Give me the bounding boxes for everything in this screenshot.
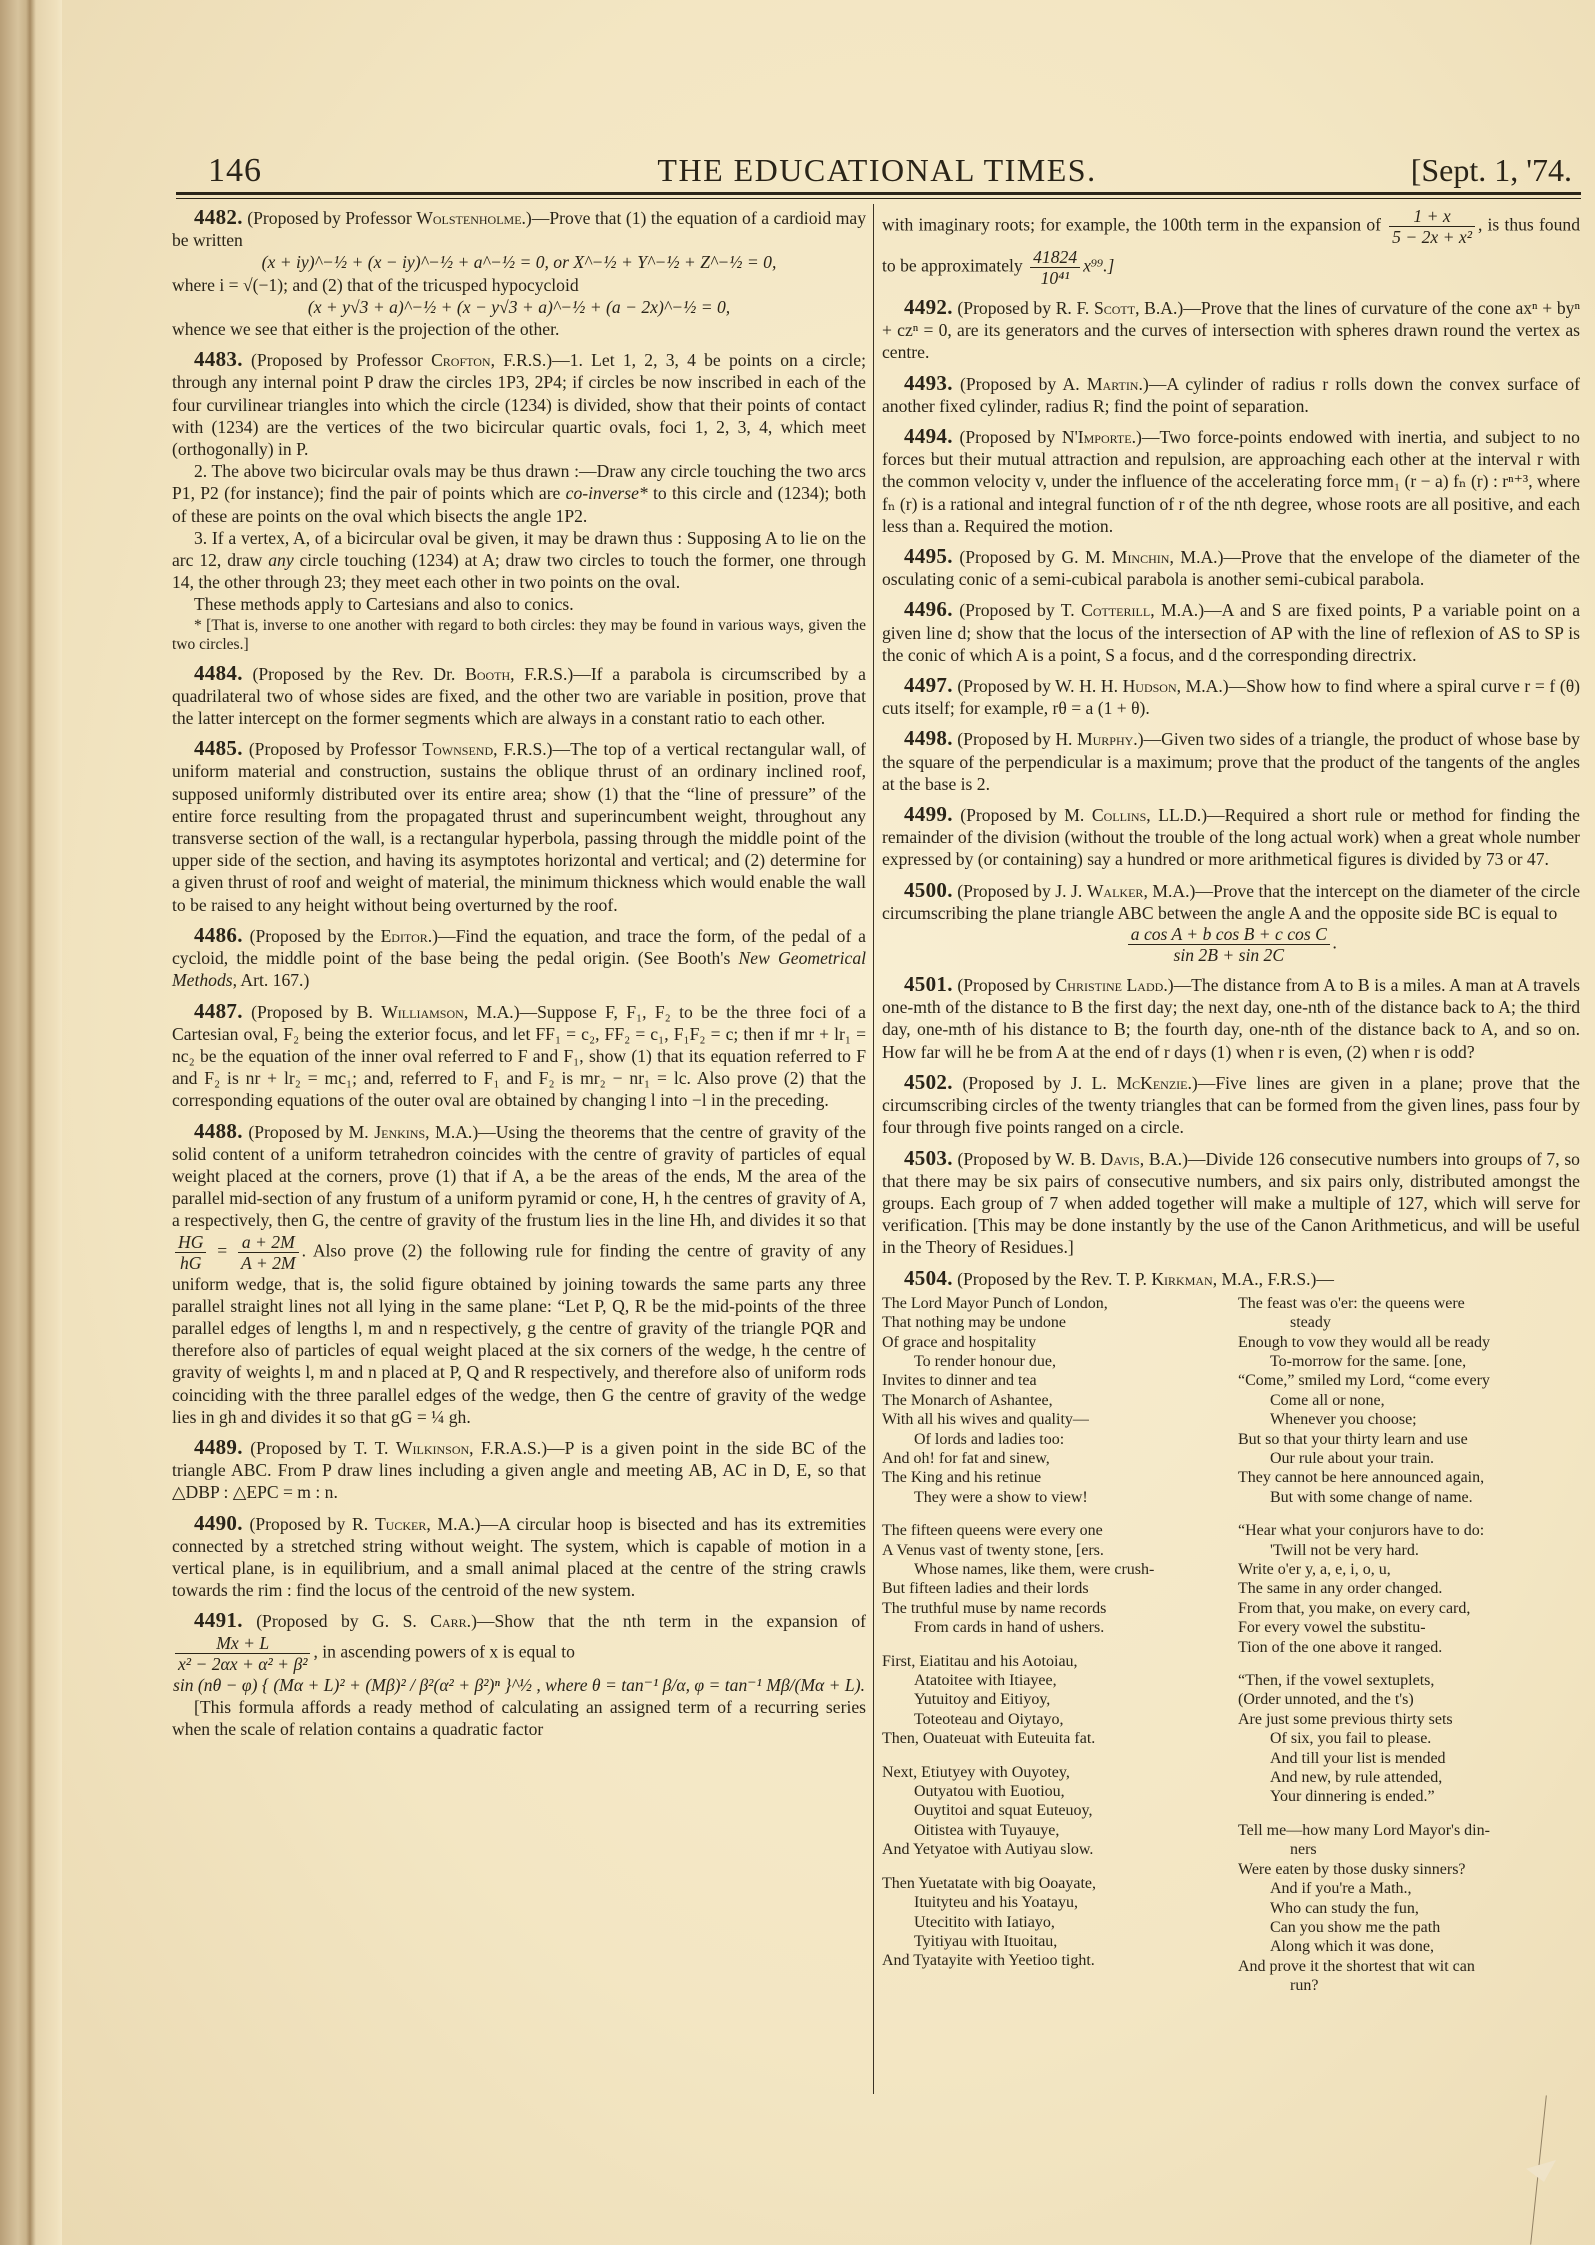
problem-number: 4483.: [194, 347, 243, 371]
poem-line: Invites to dinner and tea: [882, 1371, 1224, 1390]
poem-line: For every vowel the substitu-: [1238, 1618, 1580, 1637]
problem-4497: 4497. (Proposed by W. H. H. Hudson, M.A.…: [882, 674, 1580, 719]
poem-line: But with some change of name.: [1238, 1488, 1580, 1507]
problem-4492: 4492. (Proposed by R. F. Scott, B.A.)—Pr…: [882, 296, 1580, 364]
poem-column-left: The Lord Mayor Punch of London,That noth…: [882, 1294, 1224, 2010]
author-name: Cotterill: [1081, 600, 1150, 620]
poem-line: Your dinnering is ended.”: [1238, 1787, 1580, 1806]
problem-number: 4504.: [904, 1266, 953, 1290]
problem-number: 4492.: [904, 295, 953, 319]
poem-line: The truthful muse by name records: [882, 1599, 1224, 1618]
problem-number: 4488.: [194, 1119, 243, 1143]
problem-number: 4499.: [904, 802, 953, 826]
problem-4491: 4491. (Proposed by G. S. Carr.)—Show tha…: [172, 1609, 866, 1740]
poem-line: “Come,” smiled my Lord, “come every: [1238, 1371, 1580, 1390]
author-name: Townsend: [422, 739, 493, 759]
problem-number: 4497.: [904, 673, 953, 697]
page-header: 146 THE EDUCATIONAL TIMES. [Sept. 1, '74…: [172, 150, 1582, 196]
problem-number: 4500.: [904, 878, 953, 902]
author-name: Booth: [465, 664, 510, 684]
problem-4503: 4503. (Proposed by W. B. Davis, B.A.)—Di…: [882, 1147, 1580, 1259]
poem-line: Oitistea with Tuyauye,: [882, 1821, 1224, 1840]
problem-number: 4490.: [194, 1511, 243, 1535]
problem-number: 4489.: [194, 1435, 243, 1459]
problem-4504: 4504. (Proposed by the Rev. T. P. Kirkma…: [882, 1267, 1580, 2010]
poem-line: Then, Ouateuat with Euteuita fat.: [882, 1729, 1224, 1748]
poem-line: “Then, if the vowel sextuplets,: [1238, 1671, 1580, 1690]
poem-line: Tion of the one above it ranged.: [1238, 1638, 1580, 1657]
poem-line: They were a show to view!: [882, 1488, 1224, 1507]
book-binding-edge: [0, 0, 62, 2245]
poem-line: Can you show me the path: [1238, 1918, 1580, 1937]
problem-number: 4484.: [194, 661, 243, 685]
author-name: Murphy: [1077, 729, 1133, 749]
poem-stanza: Next, Etiutyey with Ouyotey,Outyatou wit…: [882, 1763, 1224, 1860]
problem-4495: 4495. (Proposed by G. M. Minchin, M.A.)—…: [882, 545, 1580, 590]
problem-4488: 4488. (Proposed by M. Jenkins, M.A.)—Usi…: [172, 1120, 866, 1428]
poem-line: Atatoitee with Itiayee,: [882, 1671, 1224, 1690]
poem-line: And oh! for fat and sinew,: [882, 1449, 1224, 1468]
poem-line: Tyitiyau with Ituoitau,: [882, 1932, 1224, 1951]
column-divider: [873, 204, 874, 2094]
poem-line: Of grace and hospitality: [882, 1333, 1224, 1352]
problem-4487: 4487. (Proposed by B. Williamson, M.A.)—…: [172, 1000, 866, 1112]
poem-line: And till your list is mended: [1238, 1749, 1580, 1768]
poem-line: And prove it the shortest that wit can: [1238, 1957, 1580, 1976]
poem-column-right: The feast was o'er: the queens werestead…: [1238, 1294, 1580, 2010]
poem-line: Write o'er y, a, e, i, o, u,: [1238, 1560, 1580, 1579]
fraction: 1 + x5 − 2x + x²: [1389, 206, 1475, 247]
poem-stanza: The Lord Mayor Punch of London,That noth…: [882, 1294, 1224, 1507]
poem-line: But so that your thirty learn and use: [1238, 1430, 1580, 1449]
equation: (x + y√3 + a)^−½ + (x − y√3 + a)^−½ + (a…: [172, 296, 866, 318]
problem-number: 4494.: [904, 424, 953, 448]
editor-note: [This formula affords a ready method of …: [172, 1696, 866, 1740]
problem-4483: 4483. (Proposed by Professor Crofton, F.…: [172, 348, 866, 653]
fraction: Mx + Lx² − 2αx + α² + β²: [175, 1633, 310, 1674]
issue-date: [Sept. 1, '74.: [1411, 152, 1572, 189]
poem-line: 'Twill not be very hard.: [1238, 1541, 1580, 1560]
author-name: Davis: [1101, 1149, 1140, 1169]
poem-line: Ouytitoi and squat Euteuoy,: [882, 1801, 1224, 1820]
author-name: Carr: [430, 1611, 466, 1631]
author-name: Crofton: [431, 350, 491, 370]
problem-4502: 4502. (Proposed by J. L. McKenzie.)—Five…: [882, 1071, 1580, 1139]
poem-stanza: The fifteen queens were every oneA Venus…: [882, 1521, 1224, 1637]
poem-stanza: The feast was o'er: the queens werestead…: [1238, 1294, 1580, 1507]
equation: a cos A + b cos B + c cos Csin 2B + sin …: [882, 924, 1580, 965]
problem-number: 4485.: [194, 736, 243, 760]
poem-line: Were eaten by those dusky sinners?: [1238, 1860, 1580, 1879]
header-rule-thin: [176, 198, 1581, 199]
footnote: * [That is, inverse to one another with …: [172, 616, 866, 654]
poem-stanza: “Then, if the vowel sextuplets,(Order un…: [1238, 1671, 1580, 1807]
problem-4484: 4484. (Proposed by the Rev. Dr. Booth, F…: [172, 662, 866, 730]
poem-line: Toteoteau and Oiytayo,: [882, 1710, 1224, 1729]
fraction: 4182410⁴¹: [1030, 247, 1080, 288]
problem-4489: 4489. (Proposed by T. T. Wilkinson, F.R.…: [172, 1436, 866, 1504]
poem-line: Come all or none,: [1238, 1391, 1580, 1410]
poem-line: Of lords and ladies too:: [882, 1430, 1224, 1449]
poem-line: Utecitito with Iatiayo,: [882, 1913, 1224, 1932]
poem-line: Outyatou with Euotiou,: [882, 1782, 1224, 1801]
problem-number: 4493.: [904, 371, 953, 395]
poem-line: And Yetyatoe with Autiyau slow.: [882, 1840, 1224, 1859]
author-name: Martin: [1087, 374, 1139, 394]
fraction: a cos A + b cos B + c cos Csin 2B + sin …: [1128, 924, 1330, 965]
problem-4494: 4494. (Proposed by N'Importe.)—Two force…: [882, 425, 1580, 537]
author-name: Christine Ladd: [1056, 975, 1164, 995]
problem-number: 4482.: [194, 205, 243, 229]
poem-line: Ituityteu and his Yoatayu,: [882, 1893, 1224, 1912]
author-name: Hudson: [1123, 676, 1177, 696]
poem-line: run?: [1238, 1976, 1580, 1995]
fraction: HGhG: [175, 1232, 206, 1273]
problem-4499: 4499. (Proposed by M. Collins, LL.D.)—Re…: [882, 803, 1580, 871]
poem-stanza: “Hear what your conjurors have to do:'Tw…: [1238, 1521, 1580, 1657]
author-name: Wilkinson: [396, 1438, 469, 1458]
poem-line: They cannot be here announced again,: [1238, 1468, 1580, 1487]
poem-stanza: Tell me—how many Lord Mayor's din-nersWe…: [1238, 1821, 1580, 1996]
poem-line: And new, by rule attended,: [1238, 1768, 1580, 1787]
poem-line: From that, you make, on every card,: [1238, 1599, 1580, 1618]
poem-line: (Order unnoted, and the t's): [1238, 1690, 1580, 1709]
problem-number: 4491.: [194, 1608, 243, 1632]
header-rule-thick: [176, 192, 1581, 195]
problem-4486: 4486. (Proposed by the Editor.)—Find the…: [172, 924, 866, 992]
poem-line: Next, Etiutyey with Ouyotey,: [882, 1763, 1224, 1782]
poem: The Lord Mayor Punch of London,That noth…: [882, 1294, 1580, 2010]
poem-line: Of six, you fail to please.: [1238, 1729, 1580, 1748]
poem-line: steady: [1238, 1313, 1580, 1332]
problem-number: 4487.: [194, 999, 243, 1023]
author-name: Jenkins: [374, 1122, 425, 1142]
left-column: 4482. (Proposed by Professor Wolstenholm…: [172, 206, 866, 1748]
author-name: Collins: [1092, 805, 1146, 825]
problem-number: 4498.: [904, 726, 953, 750]
poem-line: The same in any order changed.: [1238, 1579, 1580, 1598]
fraction: a + 2MA + 2M: [238, 1232, 299, 1273]
author-name: Tucker: [375, 1514, 426, 1534]
problem-number: 4503.: [904, 1146, 953, 1170]
publication-title: THE EDUCATIONAL TIMES.: [172, 152, 1582, 189]
problem-number: 4496.: [904, 597, 953, 621]
poem-line: Tell me—how many Lord Mayor's din-: [1238, 1821, 1580, 1840]
poem-line: The fifteen queens were every one: [882, 1521, 1224, 1540]
poem-line: With all his wives and quality—: [882, 1410, 1224, 1429]
poem-line: The feast was o'er: the queens were: [1238, 1294, 1580, 1313]
problem-4496: 4496. (Proposed by T. Cotterill, M.A.)—A…: [882, 598, 1580, 666]
poem-line: To render honour due,: [882, 1352, 1224, 1371]
poem-line: But fifteen ladies and their lords: [882, 1579, 1224, 1598]
author-name: Wolstenholme: [416, 208, 521, 228]
problem-number: 4495.: [904, 544, 953, 568]
author-name: McKenzie: [1117, 1073, 1188, 1093]
poem-line: Who can study the fun,: [1238, 1899, 1580, 1918]
problem-number: 4486.: [194, 923, 243, 947]
author-name: Editor: [381, 926, 428, 946]
problem-4490: 4490. (Proposed by R. Tucker, M.A.)—A ci…: [172, 1512, 866, 1602]
author-name: Williamson: [381, 1002, 464, 1022]
poem-line: Enough to vow they would all be ready: [1238, 1333, 1580, 1352]
poem-line: And if you're a Math.,: [1238, 1879, 1580, 1898]
problem-4485: 4485. (Proposed by Professor Townsend, F…: [172, 737, 866, 916]
poem-line: The King and his retinue: [882, 1468, 1224, 1487]
poem-line: “Hear what your conjurors have to do:: [1238, 1521, 1580, 1540]
problem-4493: 4493. (Proposed by A. Martin.)—A cylinde…: [882, 372, 1580, 417]
poem-line: The Monarch of Ashantee,: [882, 1391, 1224, 1410]
right-column: with imaginary roots; for example, the 1…: [882, 206, 1580, 2018]
author-name: Kirkman: [1151, 1269, 1212, 1289]
author-name: Minchin: [1112, 547, 1170, 567]
equation: sin (nθ − φ) { (Mα + L)² + (Mβ)² / β²(α²…: [172, 1674, 866, 1696]
problem-4498: 4498. (Proposed by H. Murphy.)—Given two…: [882, 727, 1580, 795]
poem-line: ners: [1238, 1840, 1580, 1859]
poem-stanza: First, Eiatitau and his Aotoiau,Atatoite…: [882, 1652, 1224, 1749]
problem-4500: 4500. (Proposed by J. J. Walker, M.A.)—P…: [882, 879, 1580, 965]
poem-line: First, Eiatitau and his Aotoiau,: [882, 1652, 1224, 1671]
poem-line: That nothing may be undone: [882, 1313, 1224, 1332]
problem-4482: 4482. (Proposed by Professor Wolstenholm…: [172, 206, 866, 340]
author-name: N'Importe: [1062, 427, 1132, 447]
equation: (x + iy)^−½ + (x − iy)^−½ + a^−½ = 0, or…: [172, 251, 866, 273]
poem-line: Are just some previous thirty sets: [1238, 1710, 1580, 1729]
problem-number: 4501.: [904, 972, 953, 996]
poem-line: Whose names, like them, were crush-: [882, 1560, 1224, 1579]
poem-line: A Venus vast of twenty stone, [ers.: [882, 1541, 1224, 1560]
poem-line: Our rule about your train.: [1238, 1449, 1580, 1468]
problem-number: 4502.: [904, 1070, 953, 1094]
poem-line: Along which it was done,: [1238, 1937, 1580, 1956]
problem-4501: 4501. (Proposed by Christine Ladd.)—The …: [882, 973, 1580, 1063]
poem-line: Yutuitoy and Eitiyoy,: [882, 1690, 1224, 1709]
problem-4491-continued: with imaginary roots; for example, the 1…: [882, 206, 1580, 288]
author-name: Walker: [1087, 881, 1144, 901]
poem-line: The Lord Mayor Punch of London,: [882, 1294, 1224, 1313]
author-name: Scott: [1094, 298, 1135, 318]
poem-line: To-morrow for the same. [one,: [1238, 1352, 1580, 1371]
poem-line: And Tyatayite with Yeetioo tight.: [882, 1951, 1224, 1970]
poem-line: Then Yuetatate with big Ooayate,: [882, 1874, 1224, 1893]
poem-stanza: Then Yuetatate with big Ooayate,Ituityte…: [882, 1874, 1224, 1971]
poem-line: Whenever you choose;: [1238, 1410, 1580, 1429]
poem-line: From cards in hand of ushers.: [882, 1618, 1224, 1637]
